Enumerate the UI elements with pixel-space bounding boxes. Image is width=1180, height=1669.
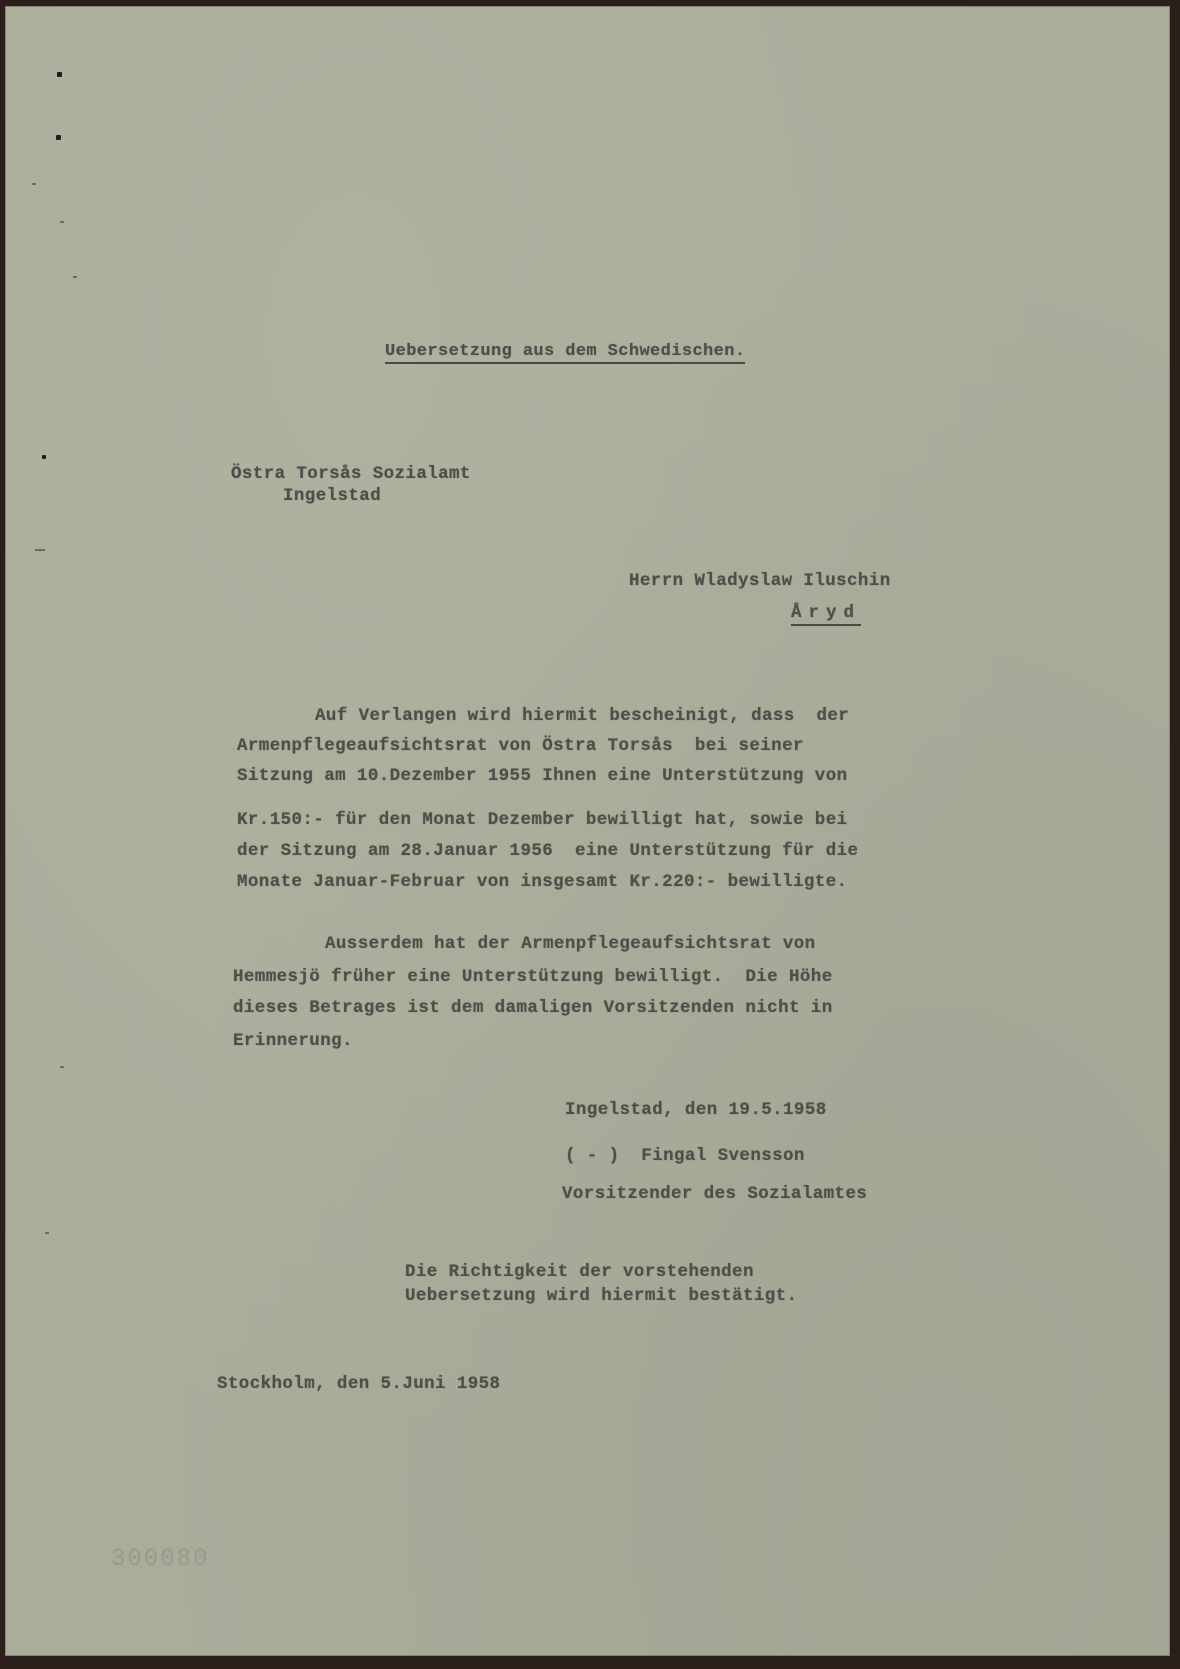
margin-mark: [32, 183, 36, 185]
body-line: Auf Verlangen wird hiermit bescheinigt, …: [315, 706, 849, 726]
body-line: der Sitzung am 28.Januar 1956 eine Unter…: [237, 841, 858, 861]
closing-place-date: Stockholm, den 5.Juni 1958: [217, 1374, 500, 1394]
signature-name: ( - ) Fingal Svensson: [565, 1146, 805, 1166]
body-line: Kr.150:- für den Monat Dezember bewillig…: [237, 810, 848, 830]
recipient-location: Åryd: [791, 603, 861, 626]
body-line: Ausserdem hat der Armenpflegeaufsichtsra…: [325, 934, 816, 954]
signature-role: Vorsitzender des Sozialamtes: [562, 1184, 867, 1204]
certification-line: Die Richtigkeit der vorstehenden: [405, 1262, 754, 1282]
body-line: Monate Januar-Februar von insgesamt Kr.2…: [237, 872, 848, 892]
punch-hole-mark: [56, 135, 61, 140]
margin-mark: [60, 1066, 64, 1068]
punch-hole-mark: [57, 72, 62, 77]
sender-location: Ingelstad: [283, 486, 381, 506]
body-line: Erinnerung.: [233, 1031, 353, 1051]
punch-hole-mark: [42, 455, 46, 459]
body-line: Armenpflegeaufsichtsrat von Östra Torsås…: [237, 736, 804, 756]
margin-mark: [73, 276, 77, 278]
body-line: dieses Betrages ist dem damaligen Vorsit…: [233, 998, 833, 1018]
sender-name: Östra Torsås Sozialamt: [231, 464, 471, 484]
document-page: Uebersetzung aus dem Schwedischen. Östra…: [5, 6, 1170, 1656]
signature-place-date: Ingelstad, den 19.5.1958: [565, 1100, 827, 1120]
margin-mark: [35, 549, 45, 551]
recipient-name: Herrn Wladyslaw Iluschin: [629, 571, 891, 591]
certification-line: Uebersetzung wird hiermit bestätigt.: [405, 1286, 797, 1306]
margin-mark: [45, 1232, 49, 1234]
body-line: Sitzung am 10.Dezember 1955 Ihnen eine U…: [237, 766, 848, 786]
body-line: Hemmesjö früher eine Unterstützung bewil…: [233, 967, 833, 987]
archive-stamp-number: 300080: [111, 1546, 209, 1573]
margin-mark: [60, 221, 64, 223]
document-title: Uebersetzung aus dem Schwedischen.: [385, 342, 745, 364]
